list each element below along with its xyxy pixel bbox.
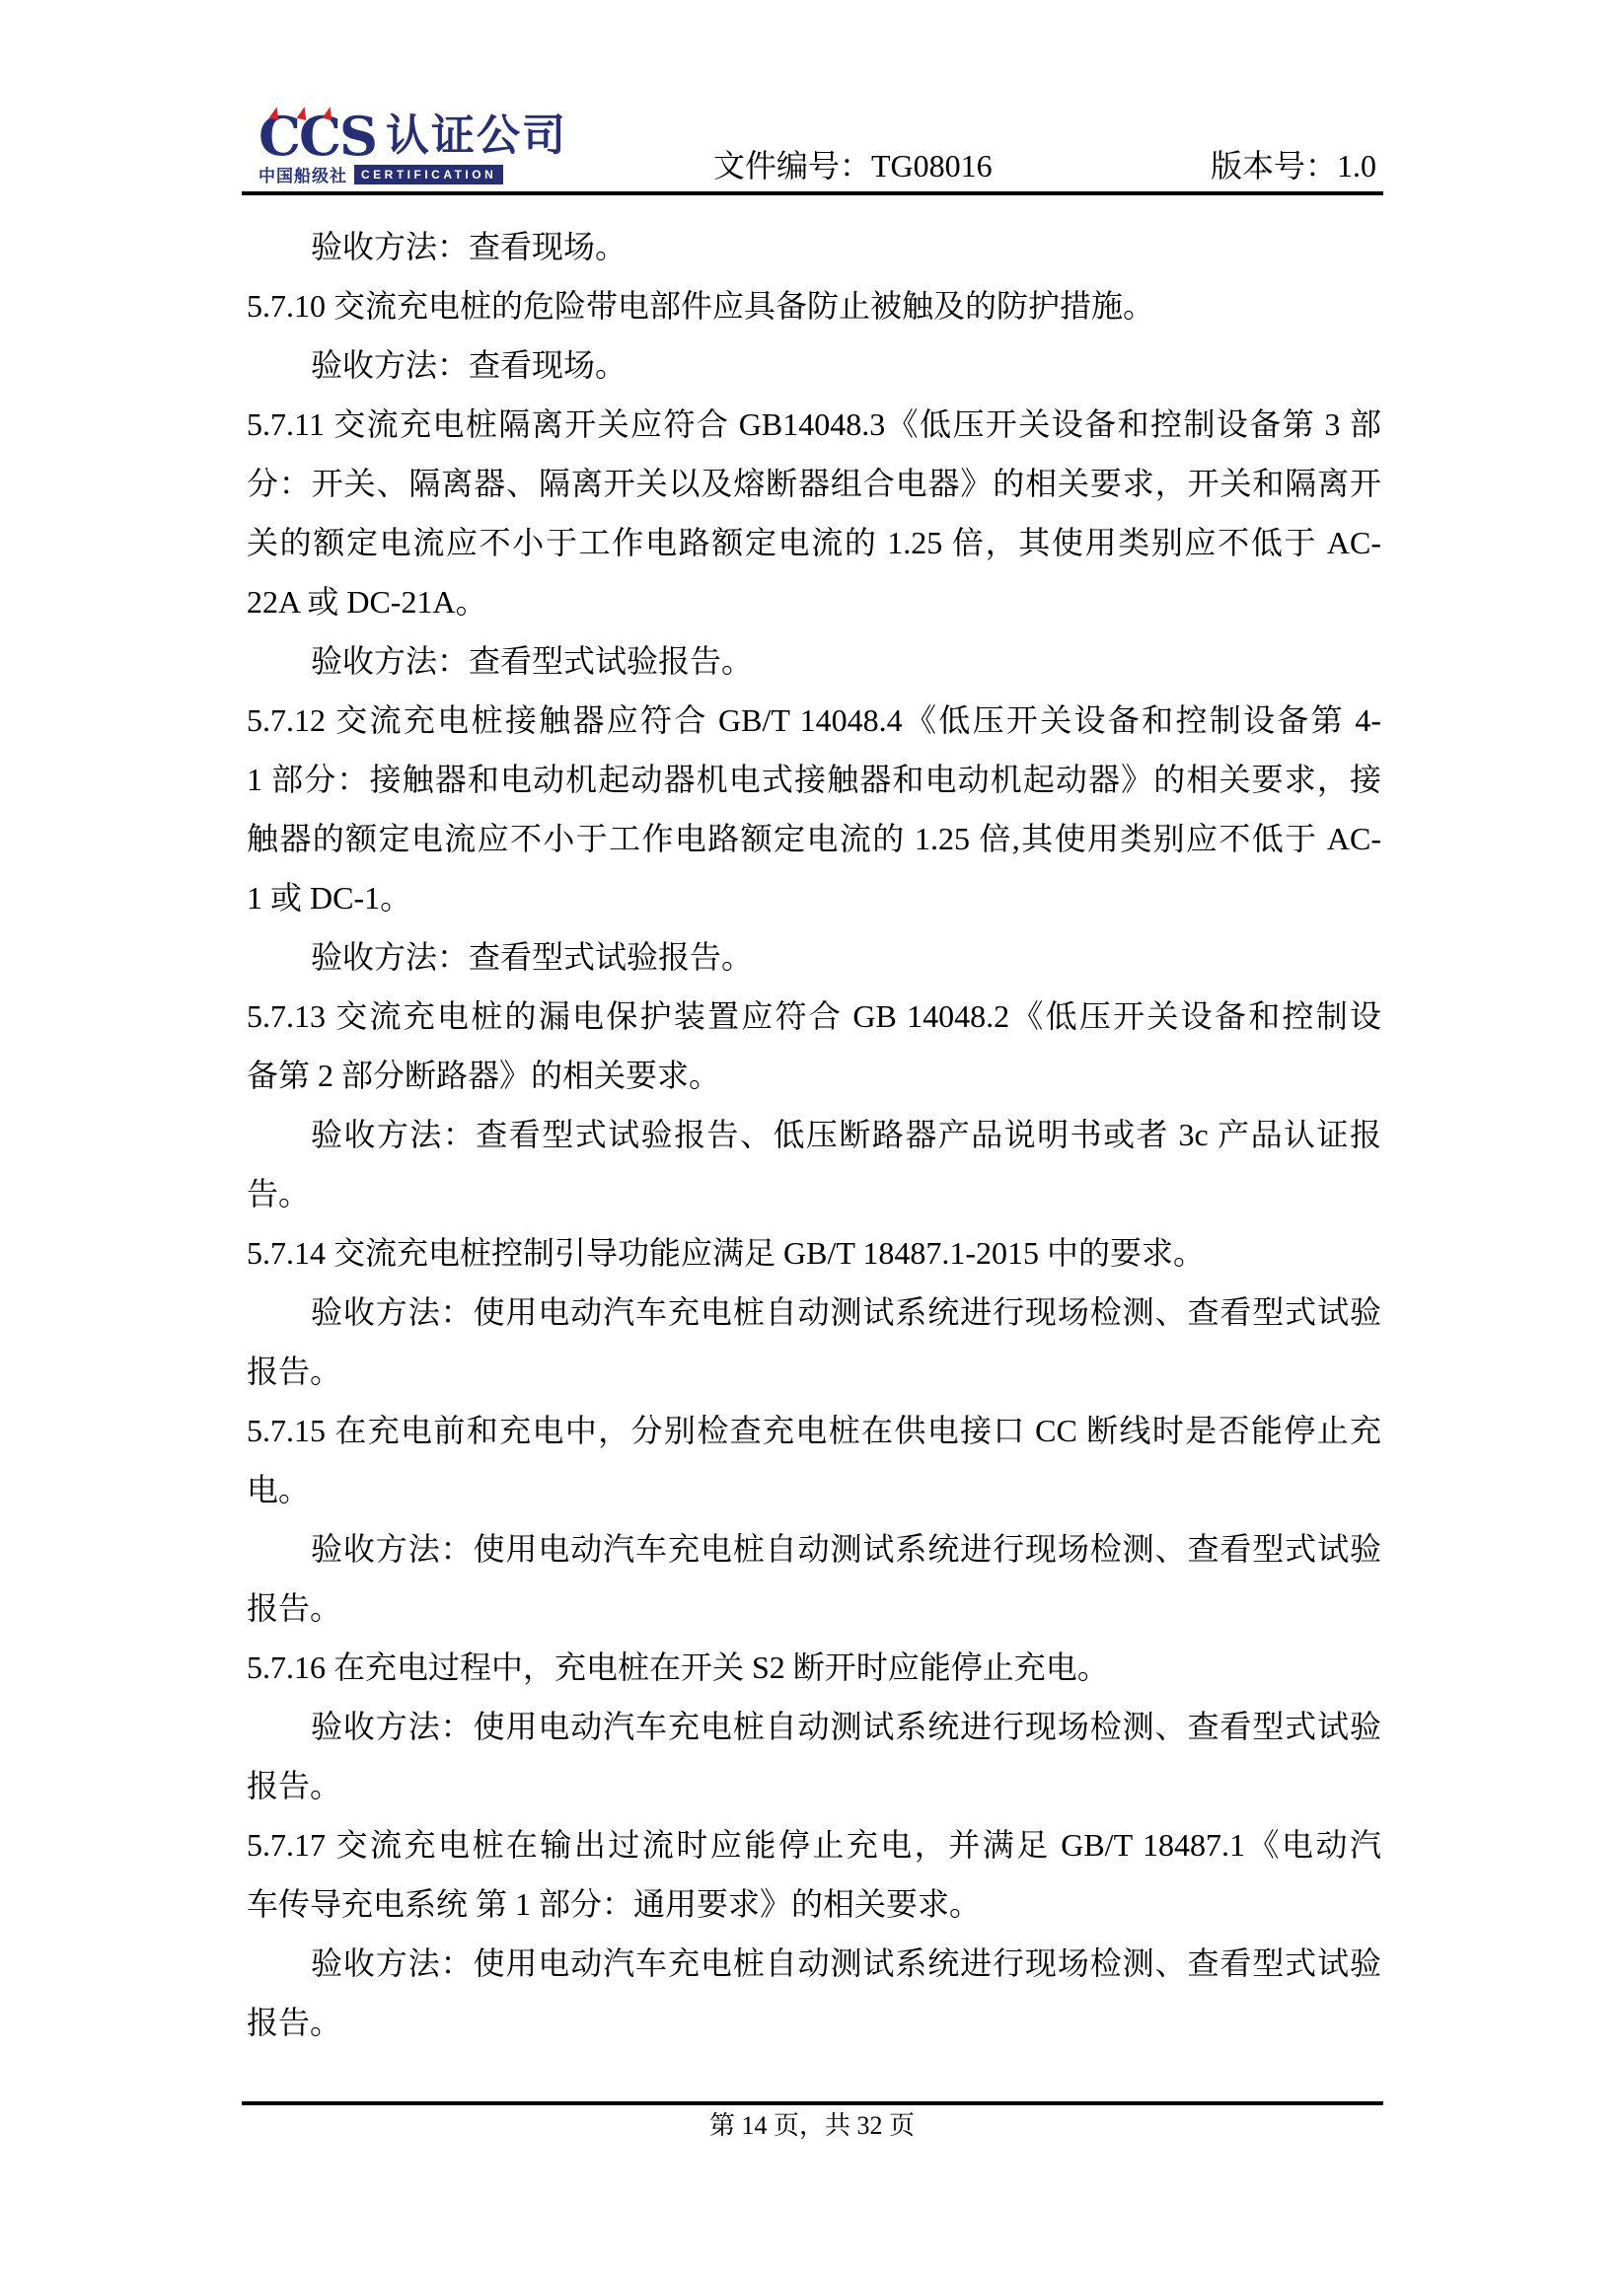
body-line: 验收方法：使用电动汽车充电桩自动测试系统进行现场检测、查看型式试验 [247,1283,1381,1342]
ccs-logo-letters: CCS [258,114,376,158]
body-line: 报告。 [247,1342,1381,1401]
body-line: 验收方法：查看型式试验报告。 [247,927,1381,987]
body-line: 5.7.16 在充电过程中，充电桩在开关 S2 断开时应能停止充电。 [247,1638,1381,1697]
body-line: 报告。 [247,1578,1381,1638]
body-line: 验收方法：查看型式试验报告、低压断路器产品说明书或者 3c 产品认证报 [247,1105,1381,1164]
logo-company-name: 认证公司 [386,114,567,158]
document-page: CCS 认证公司 中国船级社 CERTIFICATION 文件编号：TG0801… [0,0,1624,2273]
body-line: 电。 [247,1460,1381,1519]
body-line: 5.7.14 交流充电桩控制引导功能应满足 GB/T 18487.1-2015 … [247,1223,1381,1283]
body-line: 1 部分：接触器和电动机起动器机电式接触器和电动机起动器》的相关要求，接 [247,750,1381,809]
body-line: 1 或 DC-1。 [247,868,1381,927]
body-line: 触器的额定电流应不小于工作电路额定电流的 1.25 倍,其使用类别应不低于 AC… [247,809,1381,868]
ccs-logo: CCS 认证公司 中国船级社 CERTIFICATION [258,114,567,186]
body-line: 5.7.13 交流充电桩的漏电保护装置应符合 GB 14048.2《低压开关设备… [247,987,1381,1046]
body-line: 验收方法：使用电动汽车充电桩自动测试系统进行现场检测、查看型式试验 [247,1519,1381,1578]
body-line: 告。 [247,1164,1381,1223]
body-line: 验收方法：使用电动汽车充电桩自动测试系统进行现场检测、查看型式试验 [247,1934,1381,1993]
body-line: 5.7.15 在充电前和充电中，分别检查充电桩在供电接口 CC 断线时是否能停止… [247,1401,1381,1460]
body-line: 分：开关、隔离器、隔离开关以及熔断器组合电器》的相关要求，开关和隔离开 [247,454,1381,513]
version-number: 版本号：1.0 [1211,146,1376,185]
page-number: 第 14 页，共 32 页 [0,2109,1624,2143]
body-line: 车传导充电系统 第 1 部分：通用要求》的相关要求。 [247,1874,1381,1934]
body-line: 报告。 [247,1756,1381,1815]
document-number: 文件编号：TG08016 [713,146,993,185]
body-line: 5.7.11 交流充电桩隔离开关应符合 GB14048.3《低压开关设备和控制设… [247,395,1381,454]
body-line: 验收方法：使用电动汽车充电桩自动测试系统进行现场检测、查看型式试验 [247,1697,1381,1756]
body-line: 报告。 [247,1993,1381,2052]
logo-main-row: CCS 认证公司 [258,114,567,158]
logo-certification-bar: CERTIFICATION [354,165,503,184]
header-rule [242,191,1383,195]
footer-rule [242,2101,1383,2105]
document-body: 验收方法：查看现场。 5.7.10 交流充电桩的危险带电部件应具备防止被触及的防… [247,217,1381,2052]
body-line: 5.7.17 交流充电桩在输出过流时应能停止充电，并满足 GB/T 18487.… [247,1815,1381,1874]
body-line: 验收方法：查看现场。 [247,217,1381,276]
body-line: 5.7.12 交流充电桩接触器应符合 GB/T 14048.4《低压开关设备和控… [247,691,1381,750]
body-line: 验收方法：查看现场。 [247,335,1381,395]
body-line: 关的额定电流应不小于工作电路额定电流的 1.25 倍，其使用类别应不低于 AC- [247,513,1381,572]
body-line: 5.7.10 交流充电桩的危险带电部件应具备防止被触及的防护措施。 [247,276,1381,335]
body-line: 备第 2 部分断路器》的相关要求。 [247,1046,1381,1105]
body-line: 验收方法：查看型式试验报告。 [247,631,1381,691]
body-line: 22A 或 DC-21A。 [247,572,1381,631]
